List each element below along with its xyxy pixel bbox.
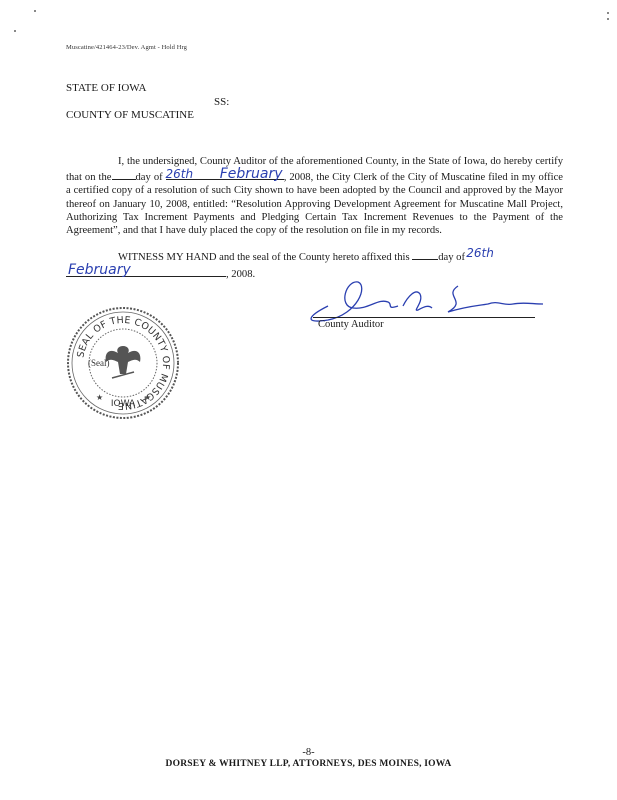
scan-speck	[607, 12, 609, 14]
venue-county: COUNTY OF MUSCATINE	[66, 109, 194, 121]
witness-day-blank: 26th	[412, 248, 438, 260]
scan-speck	[14, 30, 16, 32]
witness-handwritten-month: February	[68, 263, 131, 278]
day-blank: 26th	[112, 168, 136, 180]
scan-speck	[607, 18, 609, 20]
county-seal: SEAL OF THE COUNTY OF MUSCATINE IOWA ★ ★…	[66, 306, 180, 420]
month-blank: February	[166, 168, 284, 180]
seal-center-label: (Seal)	[88, 358, 110, 368]
signature-line	[313, 317, 535, 318]
handwritten-month: February	[168, 168, 283, 181]
signature-title: County Auditor	[318, 319, 384, 330]
page-number: -8-	[0, 747, 617, 758]
document-reference: Muscatine/421464-23/Dev. Agmt - Hold Hrg	[66, 44, 187, 51]
seal-bottom-text: IOWA	[111, 399, 136, 409]
firm-footer: DORSEY & WHITNEY LLP, ATTORNEYS, DES MOI…	[0, 759, 617, 769]
scan-speck	[34, 10, 36, 12]
venue-ss: SS:	[214, 96, 229, 108]
witness-handwritten-day: 26th	[414, 246, 494, 261]
witness-year: , 2008.	[226, 269, 255, 280]
svg-text:★: ★	[144, 393, 151, 402]
witness-month-blank: February	[66, 265, 226, 277]
certification-paragraph: I, the undersigned, County Auditor of th…	[66, 155, 563, 237]
witness-text: WITNESS MY HAND and the seal of the Coun…	[118, 252, 410, 263]
venue-state: STATE OF IOWA	[66, 82, 146, 94]
svg-text:★: ★	[96, 393, 103, 402]
